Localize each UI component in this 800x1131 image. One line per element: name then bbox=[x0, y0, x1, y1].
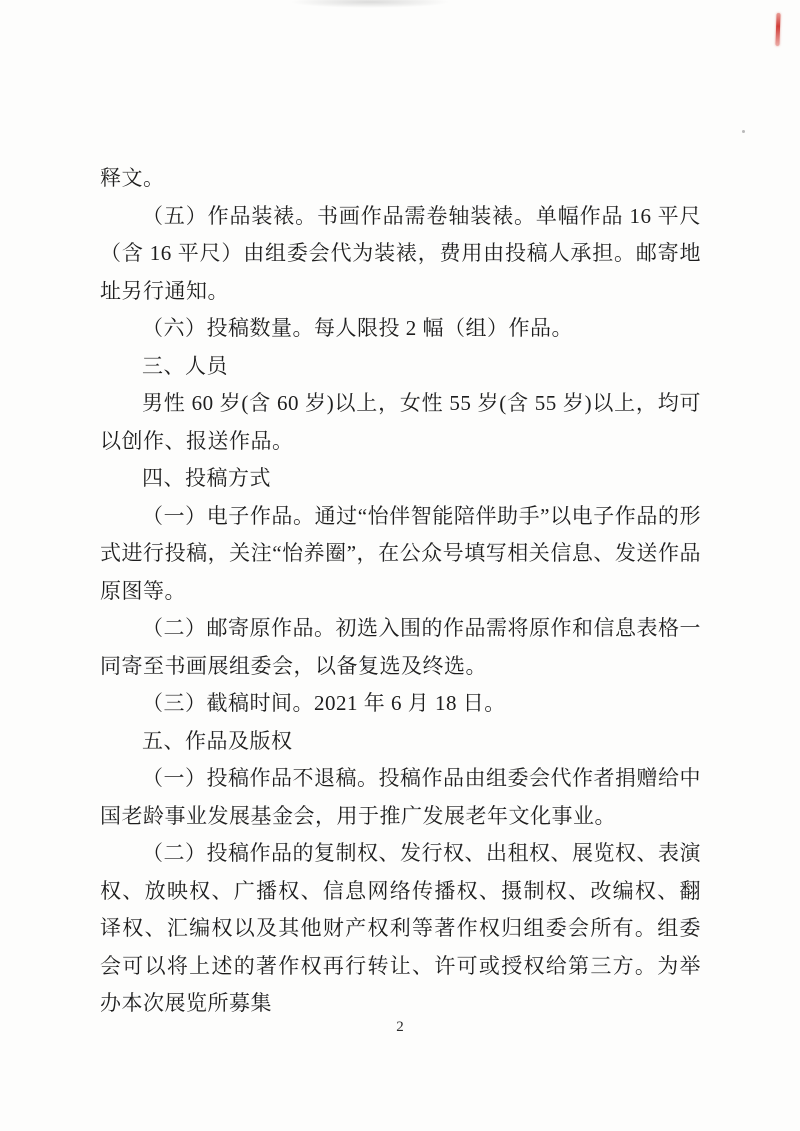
red-edge-mark bbox=[775, 13, 780, 46]
paragraph-submit-2: （二）邮寄原作品。初选入围的作品需将原作和信息表格一同寄至书画展组委会，以备复选… bbox=[100, 610, 701, 685]
page-content: 释文。 （五）作品装裱。书画作品需卷轴装裱。单幅作品 16 平尺（含 16 平尺… bbox=[100, 160, 701, 1023]
paragraph-copyright-2: （二）投稿作品的复制权、发行权、出租权、展览权、表演权、放映权、广播权、信息网络… bbox=[100, 835, 701, 1023]
section-heading-3: 三、人员 bbox=[100, 348, 701, 386]
scan-smudge bbox=[290, 0, 450, 8]
paragraph-continuation: 释文。 bbox=[100, 160, 701, 198]
paragraph-submit-3: （三）截稿时间。2021 年 6 月 18 日。 bbox=[100, 685, 701, 723]
section-heading-4: 四、投稿方式 bbox=[100, 460, 701, 498]
paragraph-submit-1: （一）电子作品。通过“怡伴智能陪伴助手”以电子作品的形式进行投稿，关注“怡养圈”… bbox=[100, 498, 701, 611]
document-page: 释文。 （五）作品装裱。书画作品需卷轴装裱。单幅作品 16 平尺（含 16 平尺… bbox=[0, 0, 800, 1131]
paragraph-item-6: （六）投稿数量。每人限投 2 幅（组）作品。 bbox=[100, 310, 701, 348]
page-number: 2 bbox=[0, 1019, 800, 1036]
paragraph-copyright-1: （一）投稿作品不退稿。投稿作品由组委会代作者捐赠给中国老龄事业发展基金会，用于推… bbox=[100, 760, 701, 835]
scan-speck bbox=[742, 130, 745, 133]
paragraph-item-5: （五）作品装裱。书画作品需卷轴装裱。单幅作品 16 平尺（含 16 平尺）由组委… bbox=[100, 198, 701, 311]
paragraph-personnel: 男性 60 岁(含 60 岁)以上，女性 55 岁(含 55 岁)以上，均可以创… bbox=[100, 385, 701, 460]
section-heading-5: 五、作品及版权 bbox=[100, 723, 701, 761]
